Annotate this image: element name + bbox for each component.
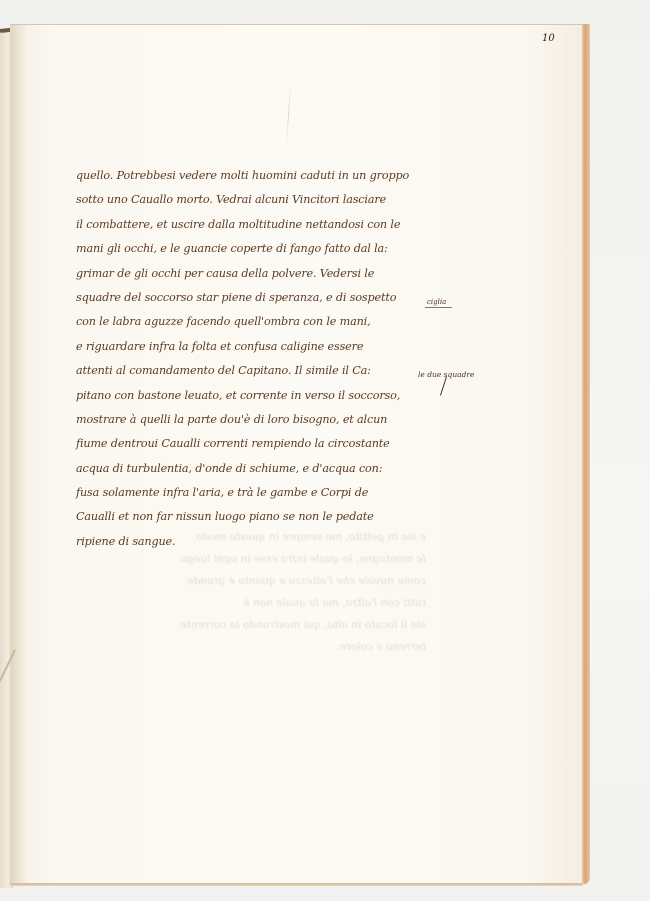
text-line: pitano con bastone leuato, et corrente i… [76,384,421,408]
text-line: quello. Potrebbesi vedere molti huomini … [76,164,421,188]
marginal-note: ciglia [425,298,452,308]
text-line: acqua di turbulentia, d'onde di schiume,… [76,457,421,481]
text-line: attenti al comandamento del Capitano. Il… [76,359,421,383]
bleed-line: terreno e colore. [96,636,426,658]
folio-number: 10 [542,33,555,44]
marginal-note: le due squadre [418,370,444,390]
text-line: grimar de gli occhi per causa della polv… [76,262,421,286]
text-line: fiume dentroui Caualli correnti rempiend… [76,432,421,456]
text-line: sotto uno Cauallo morto. Vedrai alcuni V… [76,188,421,212]
text-line: fusa solamente infra l'aria, e trà le ga… [76,481,421,505]
text-line: squadre del soccorso star piene di spera… [76,286,421,310]
bleed-line: come nuvole che l'altezza e quanto è gra… [96,570,426,592]
text-line: il combattere, et uscire dalla moltitudi… [76,213,421,237]
text-line: mostrare à quelli la parte dou'è di loro… [76,408,421,432]
text-line: con le labra aguzze facendo quell'ombra … [76,310,421,334]
bleed-line: sia il locato in alto, qui mostrando la … [96,614,426,636]
paper-crease [286,85,291,145]
bleed-line: tutti con l'altra, ma lo quale non è [96,592,426,614]
text-line: mani gli occhi, e le guancie coperte di … [76,237,421,261]
text-line: Caualli et non far nissun luogo piano se… [76,505,421,529]
text-line: e riguardare infra la folta et confusa c… [76,335,421,359]
main-text-block: quello. Potrebbesi vedere molti huomini … [76,164,421,554]
text-line: ripiene di sangue. [76,530,421,554]
